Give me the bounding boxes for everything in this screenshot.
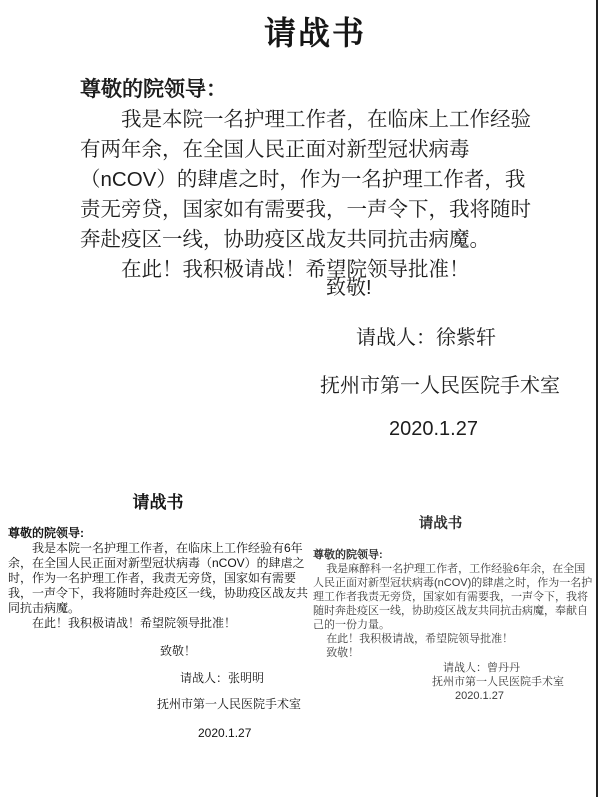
signer-name: 请战人：曾丹丹: [313, 661, 594, 675]
right-petition-letter: 请战书 尊敬的院领导: 我是麻醉科一名护理工作者，工作经验6年余，在全国人民正面…: [313, 513, 594, 703]
closing-salute: 致敬!: [326, 271, 372, 300]
letter-body: 尊敬的院领导： 我是本院一名护理工作者，在临床上工作经验有两年余，在全国人民正面…: [80, 75, 542, 285]
salutation: 尊敬的院领导：: [80, 75, 542, 105]
signer-name: 请战人：张明明: [8, 671, 308, 686]
closing-salute: 致敬！: [313, 646, 594, 660]
letter-title: 请战书: [30, 8, 600, 54]
body-paragraph: 我是麻醉科一名护理工作者，工作经验6年余，在全国人民正面对新型冠状病毒(nCOV…: [313, 562, 594, 632]
date-line: 2020.1.27: [313, 689, 594, 703]
salutation: 尊敬的院领导:: [8, 526, 308, 541]
salutation: 尊敬的院领导:: [313, 548, 594, 562]
petition-line: 在此！我积极请战！希望院领导批准！: [80, 255, 542, 285]
body-paragraph: 我是本院一名护理工作者，在临床上工作经验有6年余，在全国人民正面对新型冠状病毒（…: [8, 541, 308, 616]
petition-line: 在此！我积极请战，希望院领导批准！: [313, 632, 594, 646]
signer-name: 请战人：徐紫轩: [356, 321, 496, 350]
closing-salute: 致敬！: [8, 644, 308, 659]
org-line: 抚州市第一人民医院手术室: [313, 675, 594, 689]
date-line: 2020.1.27: [8, 726, 308, 741]
petition-line: 在此！我积极请战！希望院领导批准！: [8, 616, 308, 631]
letter-title: 请战书: [8, 495, 308, 510]
letter-title: 请战书: [313, 517, 568, 531]
date-line: 2020.1.27: [389, 418, 478, 441]
main-petition-letter: 请战书 尊敬的院领导： 我是本院一名护理工作者，在临床上工作经验有两年余，在全国…: [0, 0, 600, 285]
body-paragraph: 我是本院一名护理工作者，在临床上工作经验有两年余，在全国人民正面对新型冠状病毒（…: [80, 105, 542, 255]
org-line: 抚州市第一人民医院手术室: [8, 697, 308, 712]
org-line: 抚州市第一人民医院手术室: [320, 369, 560, 398]
left-petition-letter: 请战书 尊敬的院领导: 我是本院一名护理工作者，在临床上工作经验有6年余，在全国…: [8, 491, 308, 741]
